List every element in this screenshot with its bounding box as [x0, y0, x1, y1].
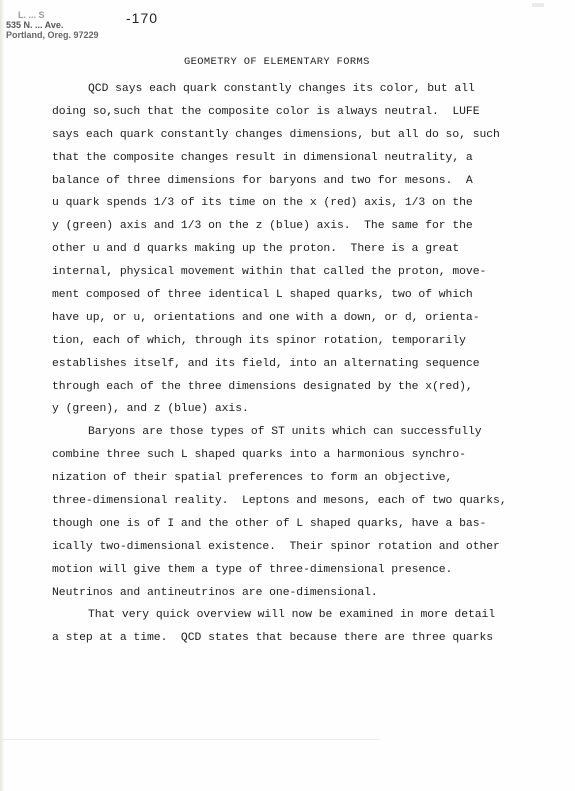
text-line: y (green) axis and 1/3 on the z (blue) a…	[52, 215, 572, 238]
text-line: three-dimensional reality. Leptons and m…	[52, 490, 572, 513]
stamp-name-line: L. ... S	[6, 10, 99, 20]
paragraph: That very quick overview will now be exa…	[52, 604, 572, 650]
text-line: establishes itself, and its field, into …	[52, 353, 572, 376]
stamp-city-line: Portland, Oreg. 97229	[6, 30, 99, 40]
document-page: L. ... S 535 N. ... Ave. Portland, Oreg.…	[0, 0, 575, 791]
text-line: balance of three dimensions for baryons …	[52, 170, 572, 193]
text-line: y (green), and z (blue) axis.	[52, 398, 572, 421]
text-line: other u and d quarks making up the proto…	[52, 238, 572, 261]
text-line: ically two-dimensional existence. Their …	[52, 536, 572, 559]
stamp-street-line: 535 N. ... Ave.	[6, 20, 99, 30]
text-line: That very quick overview will now be exa…	[52, 604, 572, 627]
page-number: -170	[126, 10, 158, 26]
text-line: doing so,such that the composite color i…	[52, 101, 572, 124]
scan-artifact-line	[0, 739, 380, 740]
text-line: says each quark constantly changes dimen…	[52, 124, 572, 147]
text-line: through each of the three dimensions des…	[52, 376, 572, 399]
text-line: u quark spends 1/3 of its time on the x …	[52, 192, 572, 215]
scan-edge-shadow	[0, 0, 4, 791]
text-line: tion, each of which, through its spinor …	[52, 330, 572, 353]
text-line: internal, physical movement within that …	[52, 261, 572, 284]
text-line: nization of their spatial preferences to…	[52, 467, 572, 490]
text-line: Neutrinos and antineutrinos are one-dime…	[52, 582, 572, 605]
text-line: motion will give them a type of three-di…	[52, 559, 572, 582]
address-stamp: L. ... S 535 N. ... Ave. Portland, Oreg.…	[6, 10, 99, 40]
text-line: combine three such L shaped quarks into …	[52, 444, 572, 467]
text-line: a step at a time. QCD states that becaus…	[52, 627, 572, 650]
paragraph: QCD says each quark constantly changes i…	[52, 78, 572, 421]
text-line: Baryons are those types of ST units whic…	[52, 421, 572, 444]
document-title: GEOMETRY OF ELEMENTARY FORMS	[184, 56, 370, 68]
text-line: though one is of I and the other of L sh…	[52, 513, 572, 536]
text-line: have up, or u, orientations and one with…	[52, 307, 572, 330]
document-body: QCD says each quark constantly changes i…	[52, 78, 572, 650]
text-line: QCD says each quark constantly changes i…	[52, 78, 572, 101]
text-line: ment composed of three identical L shape…	[52, 284, 572, 307]
text-line: that the composite changes result in dim…	[52, 147, 572, 170]
paragraph: Baryons are those types of ST units whic…	[52, 421, 572, 604]
corner-smudge	[532, 3, 544, 7]
